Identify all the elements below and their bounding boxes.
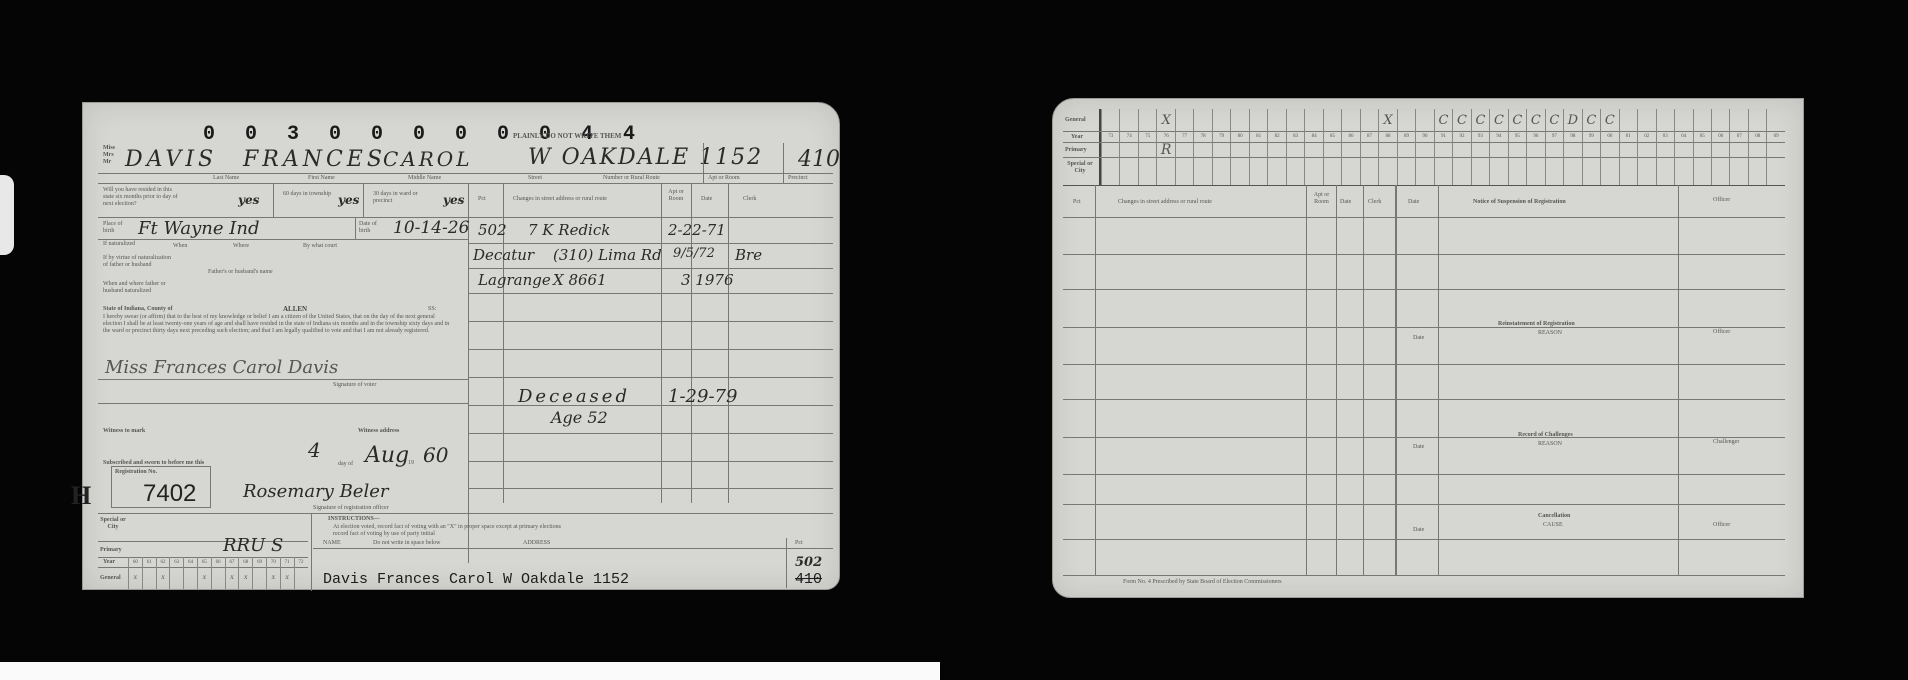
general-mark xyxy=(1360,109,1378,131)
cancellation-cause-label: CAUSE xyxy=(1543,522,1563,529)
back-changes-clerk-header: Clerk xyxy=(1368,199,1381,206)
general-mark: X xyxy=(1156,109,1174,131)
primary-mark: R xyxy=(1156,142,1174,185)
scan-margin-bar xyxy=(0,662,940,680)
year-cell: 97 xyxy=(1545,131,1563,142)
year-cell: 88 xyxy=(1378,131,1396,142)
instructions-line-2: record fact of voting by use of party in… xyxy=(333,531,435,538)
year-cell: 60 xyxy=(128,557,142,567)
general-mark xyxy=(294,567,308,589)
answer-precinct: yes xyxy=(443,193,464,207)
middle-name: CAROL xyxy=(383,147,472,171)
typed-name: Davis Frances Carol xyxy=(323,571,494,588)
change-row-4-date: 1-29-79 xyxy=(668,386,737,407)
year-cell: 00 xyxy=(1600,131,1618,142)
day-of-label: day of xyxy=(338,461,353,468)
year-cell: 07 xyxy=(1729,131,1747,142)
footer-do-not-write: Do not write in space below xyxy=(373,540,440,547)
general-mark xyxy=(1249,109,1267,131)
change-row-5-address: Age 52 xyxy=(551,408,608,427)
year-prefix: 19 xyxy=(408,460,414,467)
year-cell: 90 xyxy=(1415,131,1433,142)
last-name-label: Last Name xyxy=(213,175,239,182)
subscribed-day: 4 xyxy=(308,438,321,462)
general-mark xyxy=(1101,109,1119,131)
year-cell: 64 xyxy=(183,557,197,567)
footer-pct-new: 502 xyxy=(795,555,822,570)
change-row-3-pct: Lagrange xyxy=(478,271,551,289)
number-label: Number or Rural Route xyxy=(603,175,660,182)
back-grid-label-year: Year xyxy=(1071,134,1083,141)
general-mark xyxy=(1656,109,1674,131)
general-mark: C xyxy=(1545,109,1563,131)
back-general-row: X X C C C C C C C D C C xyxy=(1101,109,1785,131)
year-cell: 78 xyxy=(1193,131,1211,142)
general-mark xyxy=(1748,109,1766,131)
change-row-2-pct: Decatur xyxy=(473,246,534,264)
year-cell: 95 xyxy=(1508,131,1526,142)
general-mark xyxy=(1729,109,1747,131)
change-row-3-address: X 8661 xyxy=(553,271,607,289)
back-grid-label-special: Special or City xyxy=(1063,161,1097,175)
witness-address-label: Witness address xyxy=(358,428,399,435)
grid-label-general: General xyxy=(100,575,121,582)
date-of-birth-label: Date of birth xyxy=(359,221,389,235)
cancellation-date-label: Date xyxy=(1413,527,1424,534)
general-mark xyxy=(1230,109,1248,131)
instructions-line-1: At election voted, record fact of voting… xyxy=(333,524,561,531)
where-label: Where xyxy=(233,243,249,250)
year-cell: 82 xyxy=(1267,131,1285,142)
general-mark xyxy=(142,567,156,589)
grid-primary-marks: RRU S xyxy=(223,535,283,556)
changes-pct-header: Pct xyxy=(478,196,486,203)
general-mark xyxy=(1674,109,1692,131)
question-precinct: 30 days in ward or precinct xyxy=(373,191,433,205)
officer-signature: Rosemary Beler xyxy=(243,481,388,502)
witness-label: Witness to mark xyxy=(103,428,145,435)
date-of-birth: 10-14-26 xyxy=(393,218,469,238)
general-mark xyxy=(1119,109,1137,131)
general-mark: X xyxy=(1378,109,1396,131)
year-cell: 94 xyxy=(1489,131,1507,142)
general-mark xyxy=(1304,109,1322,131)
voter-signature: Miss Frances Carol Davis xyxy=(105,357,338,378)
general-mark: C xyxy=(1582,109,1600,131)
voting-history-grid-back: General Year Primary Special or City X X xyxy=(1063,109,1785,185)
back-changes-address-header: Changes in street address or rural route xyxy=(1118,199,1212,206)
reinstatement-reason-label: REASON xyxy=(1538,330,1562,337)
change-row-2-address: (310) Lima Rd xyxy=(553,246,662,264)
back-grid-label-general: General xyxy=(1065,117,1086,124)
general-mark: C xyxy=(1508,109,1526,131)
answer-township: yes xyxy=(338,193,359,207)
general-mark xyxy=(169,567,183,589)
general-mark xyxy=(1267,109,1285,131)
change-row-2-date: 9/5/72 xyxy=(673,246,715,261)
year-cell: 65 xyxy=(197,557,211,567)
challenges-date-label: Date xyxy=(1413,444,1424,451)
year-cell: 77 xyxy=(1175,131,1193,142)
year-cell: 73 xyxy=(1101,131,1119,142)
year-cell: 79 xyxy=(1212,131,1230,142)
oath-county: ALLEN xyxy=(283,305,307,313)
registration-prefix: H xyxy=(71,481,91,511)
place-of-birth-label: Place of birth xyxy=(103,221,133,235)
year-cell: 76 xyxy=(1156,131,1174,142)
general-mark xyxy=(1711,109,1729,131)
first-name-label: First Name xyxy=(308,175,335,182)
officer-signature-label: Signature of registration officer xyxy=(313,505,389,512)
year-cell: 08 xyxy=(1748,131,1766,142)
changes-clerk-header: Clerk xyxy=(743,196,756,203)
grid-general-row: X X X X X X X xyxy=(128,567,308,589)
back-changes-date-header: Date xyxy=(1340,199,1351,206)
back-changes-pct-header: Pct xyxy=(1073,199,1081,206)
general-mark xyxy=(1415,109,1433,131)
year-cell: 91 xyxy=(1434,131,1452,142)
voter-signature-label: Signature of voter xyxy=(333,382,376,389)
general-mark xyxy=(252,567,266,589)
year-cell: 81 xyxy=(1249,131,1267,142)
year-cell: 92 xyxy=(1452,131,1470,142)
scan-edge-artifact xyxy=(0,175,14,255)
general-mark xyxy=(1397,109,1415,131)
year-cell: 68 xyxy=(238,557,252,567)
general-mark xyxy=(1212,109,1230,131)
general-mark xyxy=(1323,109,1341,131)
general-mark: C xyxy=(1434,109,1452,131)
change-row-1-date: 2-22-71 xyxy=(668,221,726,239)
general-mark: X xyxy=(238,567,252,589)
changes-address-header: Changes in street address or rural route xyxy=(513,196,607,203)
general-mark: C xyxy=(1600,109,1618,131)
year-cell: 70 xyxy=(266,557,280,567)
registration-no-label: Registration No. xyxy=(115,469,157,476)
year-cell: 87 xyxy=(1360,131,1378,142)
general-mark: C xyxy=(1452,109,1470,131)
grid-label-primary: Primary xyxy=(100,547,122,554)
general-mark xyxy=(1619,109,1637,131)
header-note: PLAINLY DO NOT WRITE THEM xyxy=(513,133,621,140)
year-cell: 61 xyxy=(142,557,156,567)
year-cell: 02 xyxy=(1637,131,1655,142)
year-cell: 71 xyxy=(280,557,294,567)
year-cell: 63 xyxy=(169,557,183,567)
typed-address: W Oakdale 1152 xyxy=(503,571,629,588)
general-mark: C xyxy=(1471,109,1489,131)
apt-label: Apt or Room xyxy=(708,175,740,182)
form-note: Form No. 4 Prescribed by State Board of … xyxy=(1123,579,1282,586)
general-mark: X xyxy=(128,567,142,589)
year-cell: 99 xyxy=(1582,131,1600,142)
year-cell: 06 xyxy=(1711,131,1729,142)
suspension-date-label: Date xyxy=(1408,199,1419,206)
father-name-label: Father's or husband's name xyxy=(208,269,273,276)
year-cell: 04 xyxy=(1674,131,1692,142)
general-mark xyxy=(1341,109,1359,131)
middle-name-label: Middle Name xyxy=(408,175,441,182)
oath-ss: SS: xyxy=(428,306,436,313)
challenges-challenger-label: Challenger xyxy=(1713,439,1739,446)
general-mark: C xyxy=(1489,109,1507,131)
general-mark xyxy=(1766,109,1784,131)
year-cell: 83 xyxy=(1286,131,1304,142)
general-mark xyxy=(1637,109,1655,131)
year-cell: 09 xyxy=(1766,131,1784,142)
typed-pct-old: 410 xyxy=(795,571,822,588)
when-label: When xyxy=(173,243,187,250)
registration-card-front: 0 0 3 0 0 0 0 0 0 4 4 PLAINLY DO NOT WRI… xyxy=(82,102,840,590)
general-mark: X xyxy=(225,567,239,589)
reinstatement-date-label: Date xyxy=(1413,335,1424,342)
voting-history-grid: Special or City Primary RRU S Year 60 61… xyxy=(98,515,308,589)
footer-pct-label: Pct xyxy=(795,540,803,547)
oath-text: I hereby swear (or affirm) that to the b… xyxy=(103,314,453,335)
cancellation-title: Cancellation xyxy=(1538,513,1570,520)
general-mark: X xyxy=(197,567,211,589)
general-mark xyxy=(211,567,225,589)
general-mark: C xyxy=(1526,109,1544,131)
suspension-officer-label: Officer xyxy=(1713,197,1730,204)
instructions-title: INSTRUCTIONS— xyxy=(328,516,380,523)
year-cell: 80 xyxy=(1230,131,1248,142)
grid-label-special: Special or City xyxy=(98,517,128,531)
court-label: By what court xyxy=(303,243,337,250)
question-township: 60 days in township xyxy=(283,191,333,198)
footer-address-label: ADDRESS xyxy=(523,540,550,547)
change-row-2-clerk: Bre xyxy=(735,246,762,264)
year-cell: 98 xyxy=(1563,131,1581,142)
challenges-reason-label: REASON xyxy=(1538,441,1562,448)
grid-years-row: 60 61 62 63 64 65 66 67 68 69 70 71 72 xyxy=(128,557,308,567)
changes-apt-header: Apt or Room xyxy=(663,189,689,203)
general-mark: D xyxy=(1563,109,1581,131)
subscribed-month: Aug xyxy=(365,443,409,468)
general-mark xyxy=(1193,109,1211,131)
back-grid-label-primary: Primary xyxy=(1065,147,1087,154)
oath-state-county: State of Indiana, County of xyxy=(103,306,173,313)
change-row-1-pct: 502 xyxy=(478,221,507,239)
year-cell: 05 xyxy=(1693,131,1711,142)
general-mark xyxy=(183,567,197,589)
street-address: W OAKDALE 1152 xyxy=(528,145,763,170)
father-when-where-label: When and where father or husband natural… xyxy=(103,281,178,295)
father-naturalization-label: If by virtue of naturalization of father… xyxy=(103,255,173,269)
title-label: Miss Mrs Mr xyxy=(103,145,121,166)
year-cell: 62 xyxy=(156,557,170,567)
year-cell: 75 xyxy=(1138,131,1156,142)
answer-residency: yes xyxy=(238,193,259,207)
naturalized-label: If naturalized xyxy=(103,241,135,248)
back-changes-apt-header: Apt or Room xyxy=(1308,192,1335,206)
change-row-1-address: 7 K Redick xyxy=(528,221,610,239)
last-name: DAVIS xyxy=(125,147,217,172)
general-mark: X xyxy=(280,567,294,589)
year-cell: 93 xyxy=(1471,131,1489,142)
registration-card-back: General Year Primary Special or City X X xyxy=(1052,98,1804,598)
precinct-value: 410 xyxy=(798,147,840,172)
year-cell: 84 xyxy=(1304,131,1322,142)
general-mark xyxy=(1175,109,1193,131)
general-mark xyxy=(1693,109,1711,131)
footer-name-label: NAME xyxy=(323,540,341,547)
place-of-birth: Ft Wayne Ind xyxy=(138,218,259,239)
cancellation-officer-label: Officer xyxy=(1713,522,1730,529)
precinct-label: Precinct xyxy=(788,175,808,182)
change-row-3-date: 3 1976 xyxy=(681,271,734,289)
registration-number: 7402 xyxy=(143,480,196,508)
reinstatement-officer-label: Officer xyxy=(1713,329,1730,336)
general-mark xyxy=(1138,109,1156,131)
grid-label-year: Year xyxy=(103,559,115,566)
changes-date-header: Date xyxy=(701,196,712,203)
general-mark xyxy=(1286,109,1304,131)
year-cell: 96 xyxy=(1526,131,1544,142)
year-cell: 85 xyxy=(1323,131,1341,142)
year-cell: 01 xyxy=(1619,131,1637,142)
year-cell: 86 xyxy=(1341,131,1359,142)
question-residency: Will you have resided in this state six … xyxy=(103,187,183,208)
street-label: Street xyxy=(528,175,542,182)
subscribed-year: 60 xyxy=(423,443,448,467)
back-primary-special-rows: R xyxy=(1101,142,1785,185)
change-row-4-address: Deceased xyxy=(518,386,630,407)
year-cell: 66 xyxy=(211,557,225,567)
year-cell: 03 xyxy=(1656,131,1674,142)
year-cell: 69 xyxy=(252,557,266,567)
year-cell: 74 xyxy=(1119,131,1137,142)
general-mark: X xyxy=(266,567,280,589)
back-years-row: 73 74 75 76 77 78 79 80 81 82 83 84 85 8… xyxy=(1101,131,1785,142)
year-cell: 67 xyxy=(225,557,239,567)
general-mark: X xyxy=(156,567,170,589)
suspension-title: Notice of Suspension of Registration xyxy=(1473,199,1566,206)
year-cell: 72 xyxy=(294,557,308,567)
first-name: FRANCES xyxy=(243,147,386,172)
year-cell: 89 xyxy=(1397,131,1415,142)
